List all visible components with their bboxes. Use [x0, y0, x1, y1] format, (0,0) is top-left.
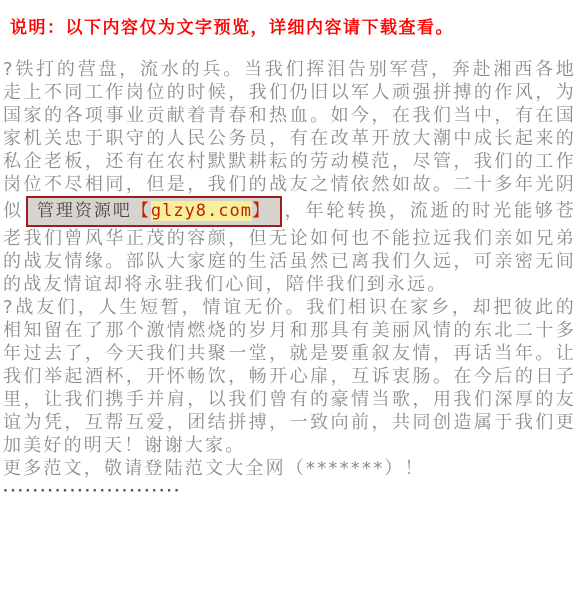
watermark-bracket-open: 【 [132, 201, 151, 221]
watermark-bracket-close: 】 [252, 201, 271, 221]
watermark-badge: 管理资源吧【glzy8.com】 [26, 196, 282, 227]
preview-page: 说明：以下内容仅为文字预览，详细内容请下载查看。 ?铁打的营盘，流水的兵。当我们… [0, 0, 578, 600]
more-docs-line: 更多范文，敬请登陆范文大全网（*******）！ [3, 457, 576, 480]
preview-notice: 说明：以下内容仅为文字预览，详细内容请下载查看。 [10, 16, 572, 40]
watermark-site-name: 管理资源吧 [37, 201, 132, 221]
watermark-site-url: glzy8.com [151, 201, 252, 221]
paragraph-1: ?铁打的营盘，流水的兵。当我们挥泪告别军营，奔赴湘西各地走上不同工作岗位的时候，… [3, 58, 576, 296]
document-body: ?铁打的营盘，流水的兵。当我们挥泪告别军营，奔赴湘西各地走上不同工作岗位的时候，… [3, 58, 576, 503]
paragraph-2: ?战友们，人生短暂，情谊无价。我们相识在家乡，却把彼此的相知留在了那个激情燃烧的… [3, 296, 576, 457]
dots-separator: ························ [3, 480, 576, 503]
